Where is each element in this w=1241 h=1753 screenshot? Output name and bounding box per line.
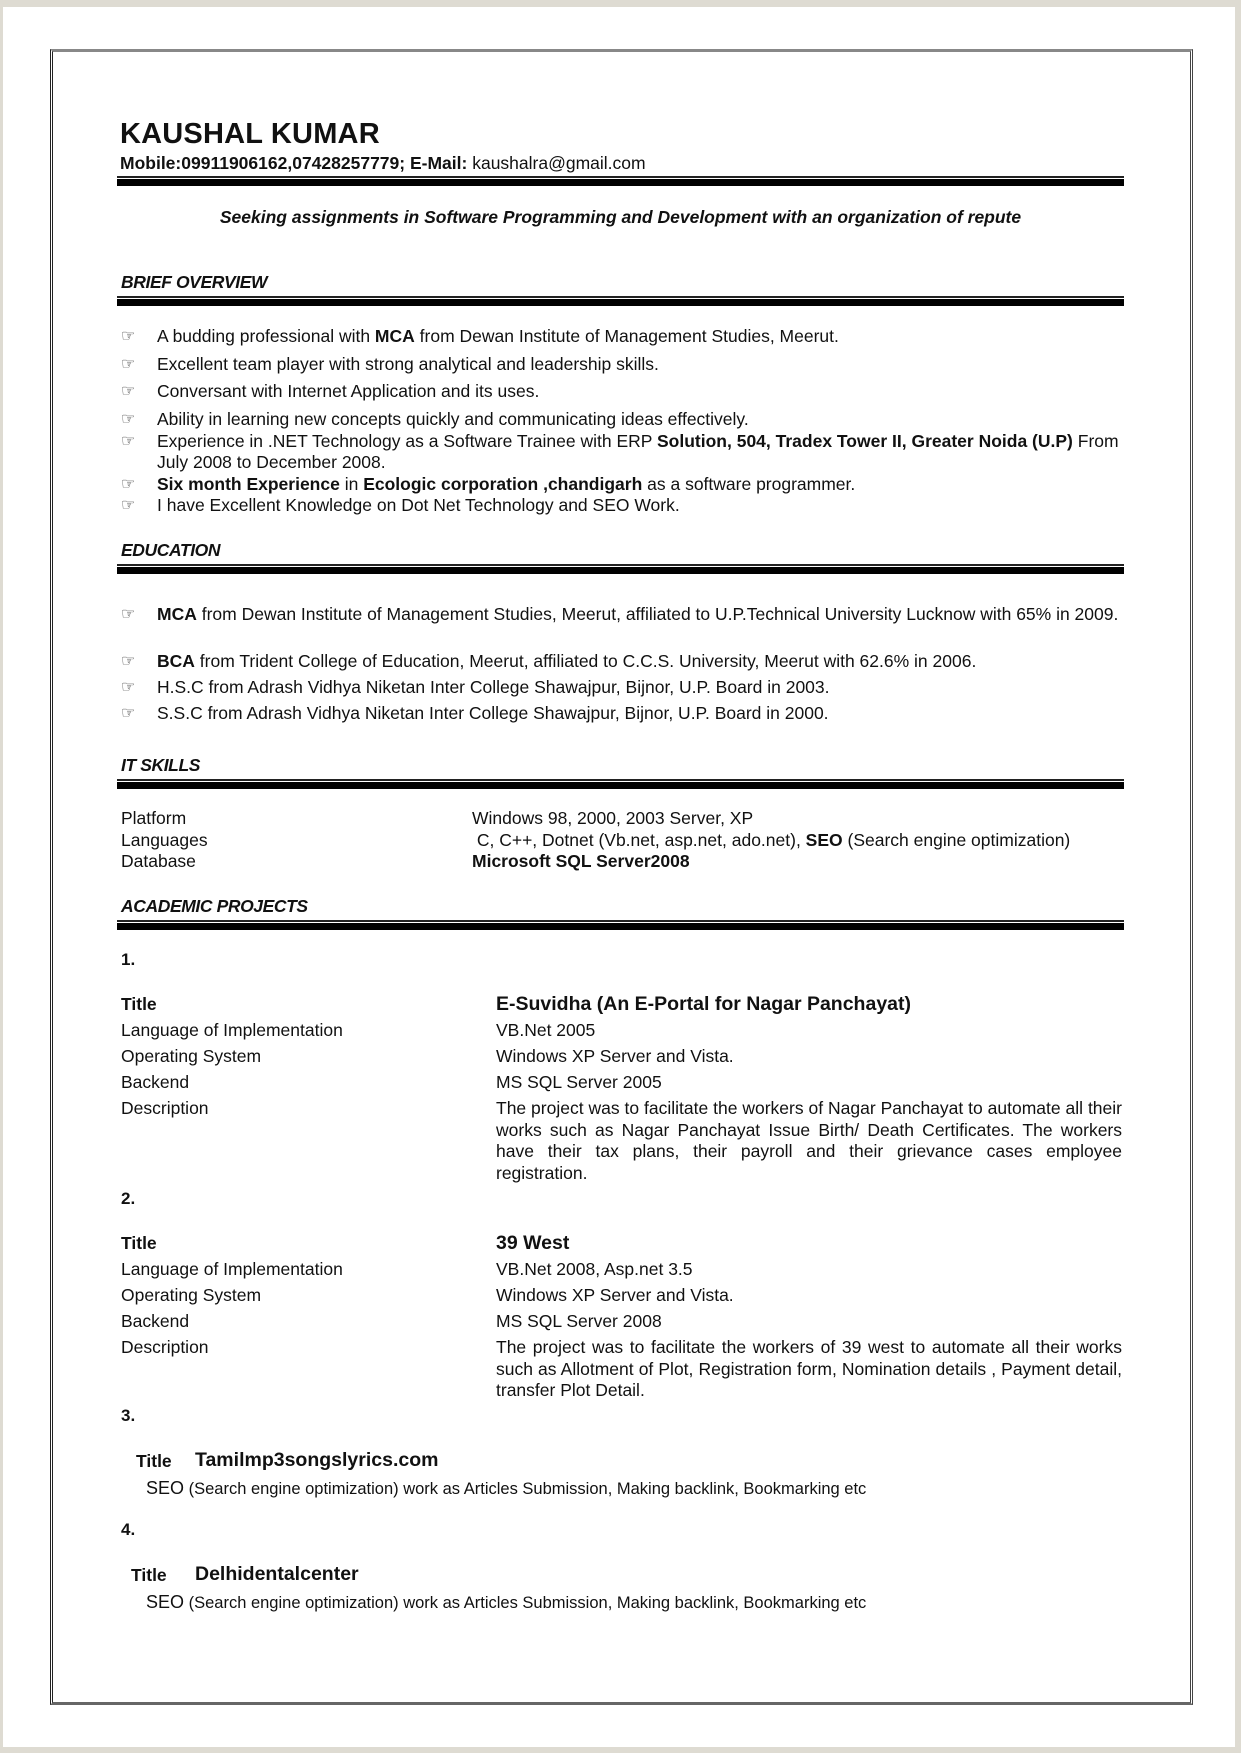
section-heading-academic-projects: ACADEMIC PROJECTS	[121, 896, 308, 917]
pointing-hand-icon: ☞	[121, 677, 135, 698]
body-text: Ability in learning new concepts quickly…	[157, 409, 749, 429]
email-label: E-Mail:	[410, 153, 467, 173]
body-text: from Dewan Institute of Management Studi…	[197, 604, 1119, 624]
list-item-text: S.S.C from Adrash Vidhya Niketan Inter C…	[157, 703, 1126, 724]
project-title: Tamilmp3songslyrics.com	[195, 1449, 438, 1472]
list-item: ☞H.S.C from Adrash Vidhya Niketan Inter …	[121, 677, 1126, 698]
emphasis-text: BCA	[157, 651, 195, 671]
project-title-label: Title	[136, 1451, 172, 1472]
body-text: A budding professional with	[157, 326, 375, 346]
body-text: C, C++, Dotnet (Vb.net, asp.net, ado.net…	[472, 830, 806, 850]
project-os: Windows XP Server and Vista.	[496, 1285, 734, 1306]
list-item: ☞S.S.C from Adrash Vidhya Niketan Inter …	[121, 703, 1126, 724]
section-heading-brief-overview: BRIEF OVERVIEW	[121, 272, 267, 293]
skill-value: C, C++, Dotnet (Vb.net, asp.net, ado.net…	[472, 830, 1070, 851]
section-divider	[117, 564, 1124, 574]
body-text: Experience in .NET Technology as a Softw…	[157, 431, 657, 451]
list-item-text: MCA from Dewan Institute of Management S…	[157, 604, 1126, 625]
mobile-label: Mobile:	[120, 153, 181, 173]
body-text: S.S.C from Adrash Vidhya Niketan Inter C…	[157, 703, 829, 723]
project-seo-description: SEO (Search engine optimization) work as…	[146, 1478, 866, 1499]
project-backend-label: Backend	[121, 1072, 189, 1093]
list-item: ☞Excellent team player with strong analy…	[121, 354, 1126, 375]
project-language: VB.Net 2005	[496, 1020, 595, 1041]
emphasis-text: Six month Experience	[157, 474, 340, 494]
career-objective: Seeking assignments in Software Programm…	[0, 207, 1241, 228]
pointing-hand-icon: ☞	[121, 381, 135, 402]
project-description: The project was to facilitate the worker…	[496, 1098, 1122, 1184]
emphasis-text: SEO	[806, 830, 843, 850]
pointing-hand-icon: ☞	[121, 409, 135, 430]
list-item: ☞I have Excellent Knowledge on Dot Net T…	[121, 495, 1126, 516]
project-description-label: Description	[121, 1337, 209, 1358]
list-item-text: H.S.C from Adrash Vidhya Niketan Inter C…	[157, 677, 1126, 698]
section-heading-education: EDUCATION	[121, 540, 220, 561]
emphasis-text: MCA	[375, 326, 415, 346]
project-number: 3.	[121, 1406, 135, 1426]
project-os-label: Operating System	[121, 1285, 261, 1306]
list-item-text: Six month Experience in Ecologic corpora…	[157, 474, 1126, 495]
body-text: I have Excellent Knowledge on Dot Net Te…	[157, 495, 680, 515]
project-number: 1.	[121, 950, 135, 970]
section-heading-it-skills: IT SKILLS	[121, 755, 200, 776]
emphasis-text: Microsoft SQL Server2008	[472, 851, 690, 871]
project-language-label: Language of Implementation	[121, 1259, 343, 1280]
project-seo-description: SEO (Search engine optimization) work as…	[146, 1592, 866, 1613]
project-language-label: Language of Implementation	[121, 1020, 343, 1041]
list-item: ☞A budding professional with MCA from De…	[121, 326, 1126, 347]
project-description-label: Description	[121, 1098, 209, 1119]
list-item-text: Ability in learning new concepts quickly…	[157, 409, 1126, 430]
seo-prefix: SEO	[146, 1478, 184, 1498]
project-title: Delhidentalcenter	[195, 1563, 359, 1586]
seo-prefix: SEO	[146, 1592, 184, 1612]
pointing-hand-icon: ☞	[121, 354, 135, 375]
project-number: 2.	[121, 1189, 135, 1209]
pointing-hand-icon: ☞	[121, 604, 135, 625]
list-item: ☞Six month Experience in Ecologic corpor…	[121, 474, 1126, 495]
contact-line: Mobile:09911906162,07428257779; E-Mail: …	[120, 153, 646, 174]
project-os-label: Operating System	[121, 1046, 261, 1067]
skill-label: Database	[121, 851, 196, 872]
pointing-hand-icon: ☞	[121, 703, 135, 724]
list-item: ☞MCA from Dewan Institute of Management …	[121, 604, 1126, 625]
pointing-hand-icon: ☞	[121, 651, 135, 672]
skill-label: Platform	[121, 808, 186, 829]
skill-value: Windows 98, 2000, 2003 Server, XP	[472, 808, 753, 829]
list-item: ☞Experience in .NET Technology as a Soft…	[121, 431, 1126, 473]
pointing-hand-icon: ☞	[121, 474, 135, 495]
emphasis-text: Ecologic corporation ,chandigarh	[363, 474, 642, 494]
project-language: VB.Net 2008, Asp.net 3.5	[496, 1259, 693, 1280]
section-divider	[117, 920, 1124, 930]
skill-label: Languages	[121, 830, 208, 851]
pointing-hand-icon: ☞	[121, 431, 135, 452]
body-text: (Search engine optimization)	[843, 830, 1071, 850]
body-text: Windows 98, 2000, 2003 Server, XP	[472, 808, 753, 828]
body-text: from Trident College of Education, Meeru…	[195, 651, 976, 671]
project-backend: MS SQL Server 2008	[496, 1311, 662, 1332]
project-title: E-Suvidha (An E-Portal for Nagar Panchay…	[496, 993, 911, 1016]
mobile-numbers: 09911906162,07428257779;	[181, 153, 405, 173]
header-divider	[117, 176, 1124, 186]
list-item-text: A budding professional with MCA from Dew…	[157, 326, 1126, 347]
project-title-label: Title	[131, 1565, 167, 1586]
list-item-text: Excellent team player with strong analyt…	[157, 354, 1126, 375]
email-address[interactable]: kaushalra@gmail.com	[472, 153, 645, 173]
candidate-name: KAUSHAL KUMAR	[120, 118, 380, 151]
list-item: ☞Conversant with Internet Application an…	[121, 381, 1126, 402]
skill-value: Microsoft SQL Server2008	[472, 851, 690, 872]
section-divider	[117, 779, 1124, 789]
project-title-label: Title	[121, 1233, 157, 1254]
body-text: as a software programmer.	[642, 474, 855, 494]
project-os: Windows XP Server and Vista.	[496, 1046, 734, 1067]
list-item-text: Experience in .NET Technology as a Softw…	[157, 431, 1126, 473]
project-title: 39 West	[496, 1232, 569, 1255]
seo-text: (Search engine optimization) work as Art…	[184, 1480, 866, 1498]
emphasis-text: Solution, 504, Tradex Tower II, Greater …	[657, 431, 1073, 451]
seo-text: (Search engine optimization) work as Art…	[184, 1594, 866, 1612]
body-text: from Dewan Institute of Management Studi…	[415, 326, 839, 346]
section-divider	[117, 296, 1124, 306]
body-text: in	[340, 474, 363, 494]
body-text: Excellent team player with strong analyt…	[157, 354, 659, 374]
list-item-text: I have Excellent Knowledge on Dot Net Te…	[157, 495, 1126, 516]
project-title-label: Title	[121, 994, 157, 1015]
body-text: Conversant with Internet Application and…	[157, 381, 539, 401]
project-backend-label: Backend	[121, 1311, 189, 1332]
list-item-text: BCA from Trident College of Education, M…	[157, 651, 1126, 672]
list-item-text: Conversant with Internet Application and…	[157, 381, 1126, 402]
project-description: The project was to facilitate the worker…	[496, 1337, 1122, 1402]
project-number: 4.	[121, 1520, 135, 1540]
list-item: ☞BCA from Trident College of Education, …	[121, 651, 1126, 672]
body-text: H.S.C from Adrash Vidhya Niketan Inter C…	[157, 677, 830, 697]
pointing-hand-icon: ☞	[121, 326, 135, 347]
project-backend: MS SQL Server 2005	[496, 1072, 662, 1093]
pointing-hand-icon: ☞	[121, 495, 135, 516]
emphasis-text: MCA	[157, 604, 197, 624]
list-item: ☞Ability in learning new concepts quickl…	[121, 409, 1126, 430]
